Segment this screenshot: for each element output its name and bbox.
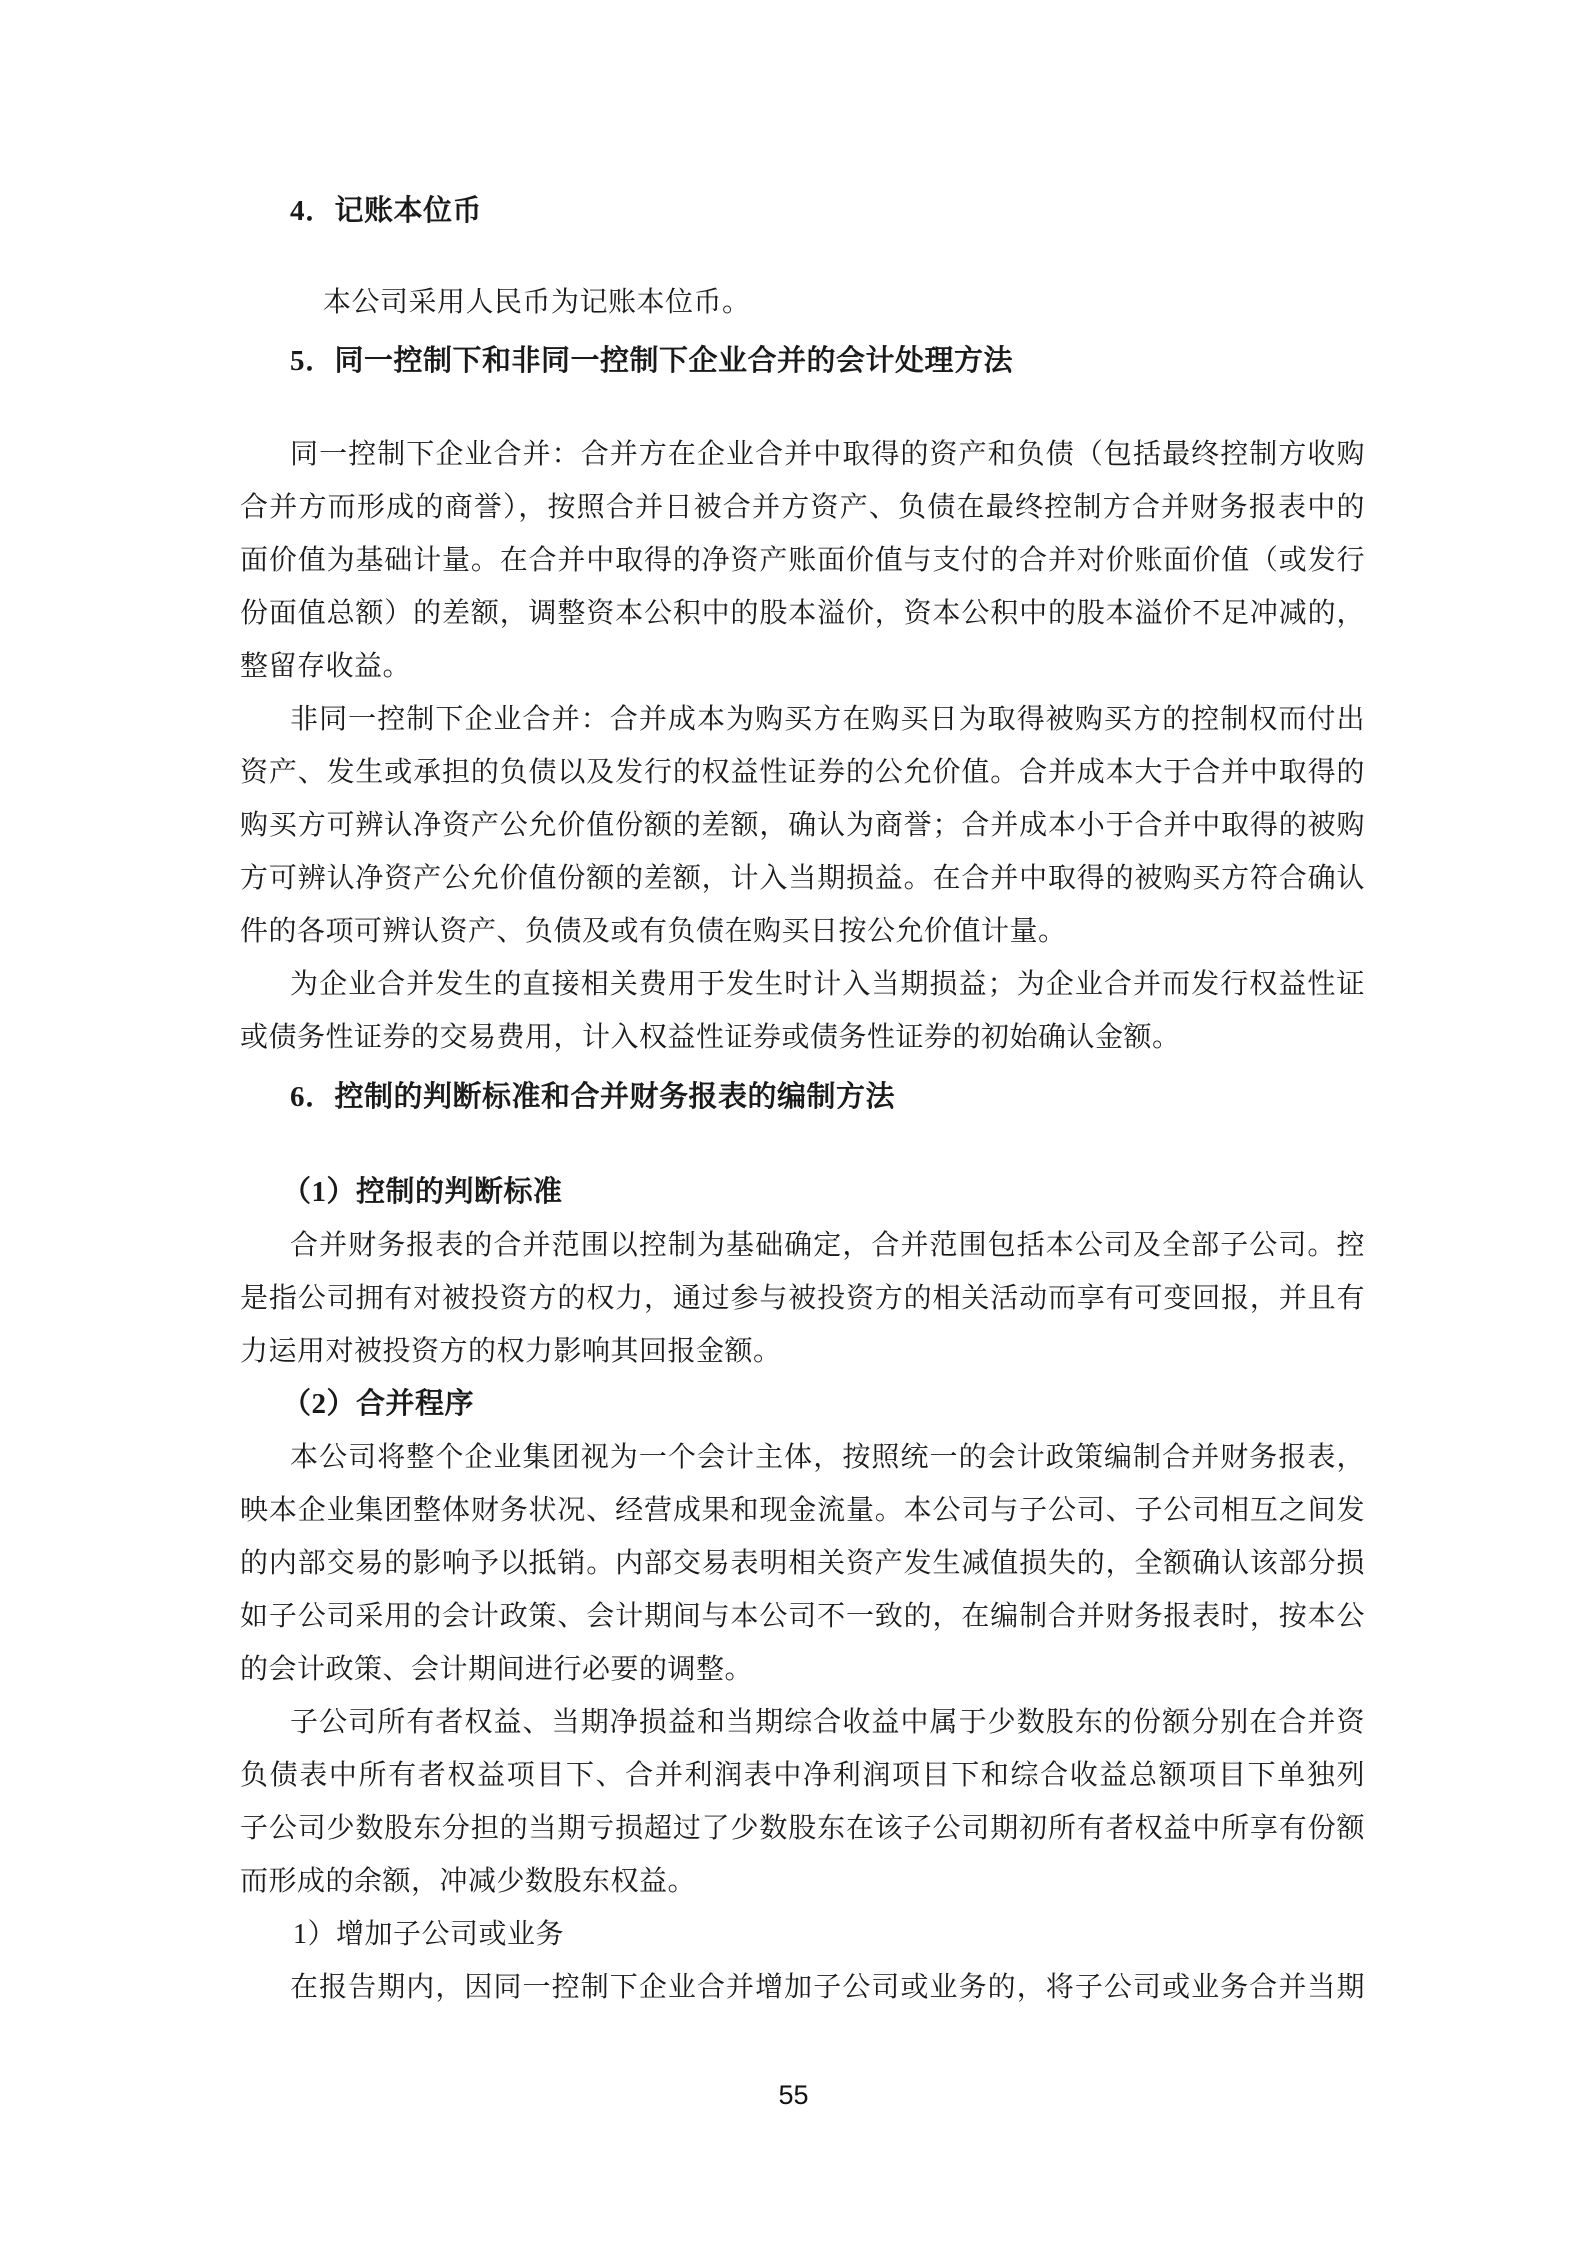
- paragraph-line: 的内部交易的影响予以抵销。内部交易表明相关资产发生减值损失的，全额确认该部分损失…: [240, 1537, 1365, 1590]
- paragraph: 合并财务报表的合并范围以控制为基础确定，合并范围包括本公司及全部子公司。控制， …: [240, 1219, 1365, 1378]
- section-heading-6: 6．控制的判断标准和合并财务报表的编制方法: [290, 1071, 1365, 1124]
- paragraph: 在报告期内，因同一控制下企业合并增加子公司或业务的，将子公司或业务合并当期期: [240, 1961, 1365, 2014]
- section-heading-5: 5．同一控制下和非同一控制下企业合并的会计处理方法: [290, 335, 1365, 388]
- paragraph-line: 方可辨认净资产公允价值份额的差额，计入当期损益。在合并中取得的被购买方符合确认条: [240, 852, 1365, 905]
- paragraph-line: 合并财务报表的合并范围以控制为基础确定，合并范围包括本公司及全部子公司。控制，: [290, 1219, 1365, 1272]
- subsection-heading-2: （2）合并程序: [282, 1378, 1365, 1431]
- paragraph-line: 力运用对被投资方的权力影响其回报金额。: [240, 1325, 1365, 1378]
- paragraph-line: 本公司将整个企业集团视为一个会计主体，按照统一的会计政策编制合并财务报表，反: [290, 1431, 1365, 1484]
- paragraph-line: 子公司少数股东分担的当期亏损超过了少数股东在该子公司期初所有者权益中所享有份额: [240, 1802, 1365, 1855]
- paragraph-line: 为企业合并发生的直接相关费用于发生时计入当期损益；为企业合并而发行权益性证券: [290, 958, 1365, 1011]
- paragraph-line: 件的各项可辨认资产、负债及或有负债在购买日按公允价值计量。: [240, 905, 1365, 958]
- document-page: 4．记账本位币 本公司采用人民币为记账本位币。 5．同一控制下和非同一控制下企业…: [0, 0, 1587, 2245]
- page-number: 55: [0, 2080, 1587, 2110]
- paragraph-line: 合并方而形成的商誉），按照合并日被合并方资产、负债在最终控制方合并财务报表中的账: [240, 481, 1365, 534]
- paragraph-line: 是指公司拥有对被投资方的权力，通过参与被投资方的相关活动而享有可变回报，并且有能: [240, 1272, 1365, 1325]
- paragraph-line: 非同一控制下企业合并：合并成本为购买方在购买日为取得被购买方的控制权而付出的: [290, 693, 1365, 746]
- paragraph-line: 同一控制下企业合并：合并方在企业合并中取得的资产和负债（包括最终控制方收购被: [290, 428, 1365, 481]
- page-content: 4．记账本位币 本公司采用人民币为记账本位币。 5．同一控制下和非同一控制下企业…: [240, 185, 1365, 2014]
- paragraph-line: 映本企业集团整体财务状况、经营成果和现金流量。本公司与子公司、子公司相互之间发生: [240, 1484, 1365, 1537]
- paragraph: 同一控制下企业合并：合并方在企业合并中取得的资产和负债（包括最终控制方收购被 合…: [240, 428, 1365, 693]
- paragraph: 非同一控制下企业合并：合并成本为购买方在购买日为取得被购买方的控制权而付出的 资…: [240, 693, 1365, 958]
- paragraph-line: 份面值总额）的差额，调整资本公积中的股本溢价，资本公积中的股本溢价不足冲减的，调: [240, 587, 1365, 640]
- paragraph: 本公司将整个企业集团视为一个会计主体，按照统一的会计政策编制合并财务报表，反 映…: [240, 1431, 1365, 1696]
- paragraph-line: 面价值为基础计量。在合并中取得的净资产账面价值与支付的合并对价账面价值（或发行股: [240, 534, 1365, 587]
- paragraph-line: 在报告期内，因同一控制下企业合并增加子公司或业务的，将子公司或业务合并当期期: [290, 1961, 1365, 2014]
- paragraph-line: 或债务性证券的交易费用，计入权益性证券或债务性证券的初始确认金额。: [240, 1011, 1365, 1064]
- paragraph-line: 本公司采用人民币为记账本位币。: [323, 276, 1365, 329]
- paragraph: 为企业合并发生的直接相关费用于发生时计入当期损益；为企业合并而发行权益性证券 或…: [240, 958, 1365, 1064]
- paragraph-line: 购买方可辨认净资产公允价值份额的差额，确认为商誉；合并成本小于合并中取得的被购买: [240, 799, 1365, 852]
- paragraph-line: 资产、发生或承担的负债以及发行的权益性证券的公允价值。合并成本大于合并中取得的被: [240, 746, 1365, 799]
- paragraph-line: 子公司所有者权益、当期净损益和当期综合收益中属于少数股东的份额分别在合并资产: [290, 1696, 1365, 1749]
- paragraph-line: 的会计政策、会计期间进行必要的调整。: [240, 1643, 1365, 1696]
- paragraph-line: 整留存收益。: [240, 640, 1365, 693]
- paragraph-line: 负债表中所有者权益项目下、合并利润表中净利润项目下和综合收益总额项目下单独列示。: [240, 1749, 1365, 1802]
- paragraph-line: 如子公司采用的会计政策、会计期间与本公司不一致的，在编制合并财务报表时，按本公司: [240, 1590, 1365, 1643]
- paragraph-line: 而形成的余额，冲减少数股东权益。: [240, 1855, 1365, 1908]
- paragraph: 子公司所有者权益、当期净损益和当期综合收益中属于少数股东的份额分别在合并资产 负…: [240, 1696, 1365, 1908]
- item-heading-1: 1）增加子公司或业务: [293, 1908, 1365, 1961]
- section-heading-4: 4．记账本位币: [290, 185, 1365, 238]
- subsection-heading-1: （1）控制的判断标准: [282, 1166, 1365, 1219]
